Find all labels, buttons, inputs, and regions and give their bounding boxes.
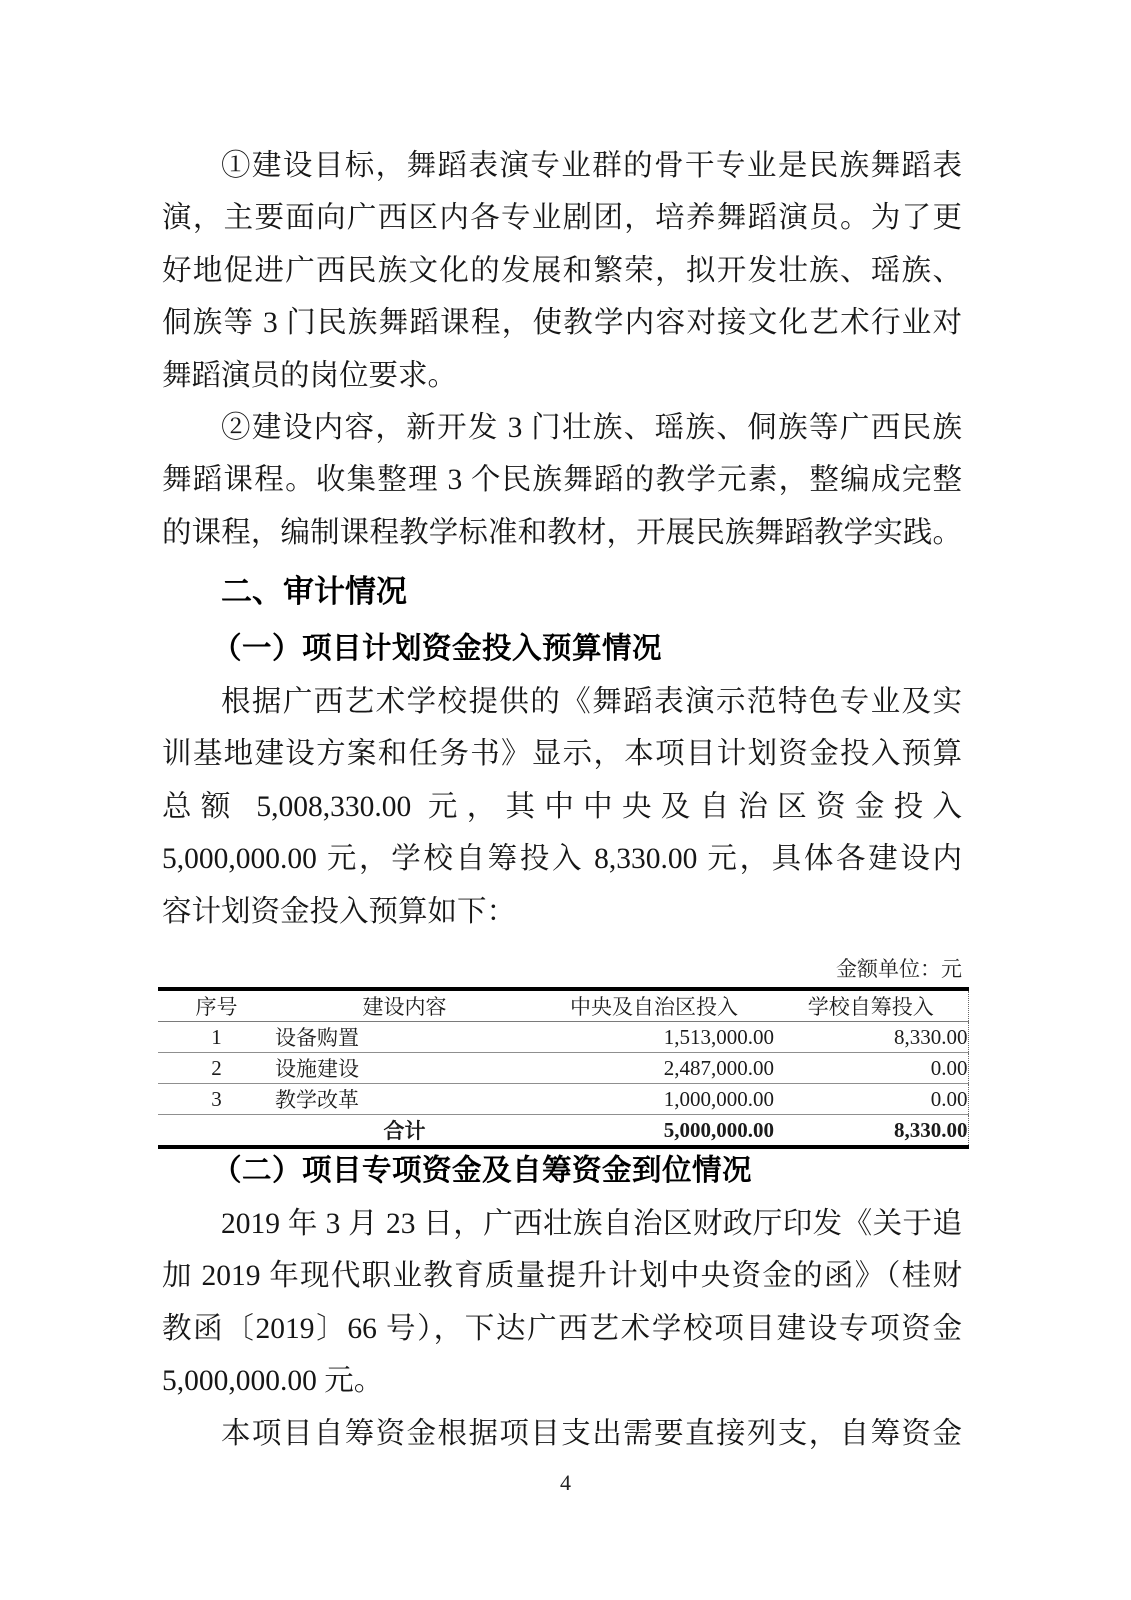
table-row: 2设施建设2,487,000.000.00: [158, 1053, 968, 1084]
table-cell-content: 教学改革: [275, 1084, 534, 1115]
table-cell-self-fund: 8,330.00: [774, 1022, 968, 1053]
table-row: 3教学改革1,000,000.000.00: [158, 1084, 968, 1115]
page-number: 4: [0, 1470, 1131, 1496]
table-header-row: 序号建设内容中央及自治区投入学校自筹投入: [158, 989, 968, 1022]
text-line: 5,000,000.00 元。: [162, 1355, 962, 1407]
budget-table-header: 序号建设内容中央及自治区投入学校自筹投入: [158, 989, 968, 1022]
table-header-cell: 中央及自治区投入: [534, 989, 774, 1022]
text-line: 加 2019 年现代职业教育质量提升计划中央资金的函》（桂财: [162, 1250, 962, 1302]
table-total-row: 合计5,000,000.008,330.00: [158, 1115, 968, 1148]
section-heading-audit: 二、审计情况: [162, 566, 962, 618]
table-unit-note: 金额单位：元: [836, 953, 962, 985]
table-cell-central-fund: 1,000,000.00: [534, 1084, 774, 1115]
table-header-cell: 序号: [158, 989, 275, 1022]
budget-table: 序号建设内容中央及自治区投入学校自筹投入 1设备购置1,513,000.008,…: [158, 987, 969, 1149]
table-row: 1设备购置1,513,000.008,330.00: [158, 1022, 968, 1053]
text-line: 根据广西艺术学校提供的《舞蹈表演示范特色专业及实: [162, 676, 962, 728]
text-line: 本项目自筹资金根据项目支出需要直接列支，自筹资金: [162, 1408, 962, 1460]
subsection-heading-budget: （一）项目计划资金投入预算情况: [162, 623, 962, 675]
subsection-heading-funds-arrival: （二）项目专项资金及自筹资金到位情况: [162, 1145, 962, 1197]
document-page: ①建设目标，舞蹈表演专业群的骨干专业是民族舞蹈表演，主要面向广西区内各专业剧团，…: [0, 0, 1131, 1600]
table-cell-content: 设施建设: [275, 1053, 534, 1084]
text-line: 舞蹈演员的岗位要求。: [162, 350, 962, 402]
table-cell-index: [158, 1115, 275, 1148]
table-cell-central-fund: 5,000,000.00: [534, 1115, 774, 1148]
text-line: 演，主要面向广西区内各专业剧团，培养舞蹈演员。为了更: [162, 192, 962, 244]
text-line: 5,000,000.00 元，学校自筹投入 8,330.00 元，具体各建设内: [162, 833, 962, 885]
table-cell-self-fund: 0.00: [774, 1084, 968, 1115]
text-line: 好地促进广西民族文化的发展和繁荣，拟开发壮族、瑶族、: [162, 245, 962, 297]
text-line: 侗族等 3 门民族舞蹈课程，使教学内容对接文化艺术行业对: [162, 297, 962, 349]
text-line: 容计划资金投入预算如下：: [162, 886, 962, 938]
paragraph-construction-content: ②建设内容，新开发 3 门壮族、瑶族、侗族等广西民族舞蹈课程。收集整理 3 个民…: [162, 402, 962, 559]
paragraph-construction-goal: ①建设目标，舞蹈表演专业群的骨干专业是民族舞蹈表演，主要面向广西区内各专业剧团，…: [162, 140, 962, 402]
text-line: ②建设内容，新开发 3 门壮族、瑶族、侗族等广西民族: [162, 402, 962, 454]
budget-table-body: 1设备购置1,513,000.008,330.002设施建设2,487,000.…: [158, 1022, 968, 1148]
table-cell-content: 设备购置: [275, 1022, 534, 1053]
paragraph-self-funds: 本项目自筹资金根据项目支出需要直接列支，自筹资金: [162, 1408, 962, 1460]
table-cell-index: 2: [158, 1053, 275, 1084]
table-cell-index: 3: [158, 1084, 275, 1115]
text-line: 训基地建设方案和任务书》显示，本项目计划资金投入预算: [162, 728, 962, 780]
paragraph-budget-detail: 根据广西艺术学校提供的《舞蹈表演示范特色专业及实训基地建设方案和任务书》显示，本…: [162, 676, 962, 938]
text-line: 总额 5,008,330.00 元，其中中央及自治区资金投入: [162, 781, 962, 833]
table-cell-central-fund: 1,513,000.00: [534, 1022, 774, 1053]
text-line: 的课程，编制课程教学标准和教材，开展民族舞蹈教学实践。: [162, 507, 962, 559]
text-line: 舞蹈课程。收集整理 3 个民族舞蹈的教学元素，整编成完整: [162, 454, 962, 506]
table-header-cell: 学校自筹投入: [774, 989, 968, 1022]
text-line: 2019 年 3 月 23 日，广西壮族自治区财政厅印发《关于追: [162, 1198, 962, 1250]
table-header-cell: 建设内容: [275, 989, 534, 1022]
table-cell-self-fund: 0.00: [774, 1053, 968, 1084]
text-line: ①建设目标，舞蹈表演专业群的骨干专业是民族舞蹈表: [162, 140, 962, 192]
table-cell-content: 合计: [275, 1115, 534, 1148]
table-cell-self-fund: 8,330.00: [774, 1115, 968, 1148]
text-line: 教函〔2019〕66 号），下达广西艺术学校项目建设专项资金: [162, 1303, 962, 1355]
paragraph-funds-issued: 2019 年 3 月 23 日，广西壮族自治区财政厅印发《关于追加 2019 年…: [162, 1198, 962, 1408]
table-cell-index: 1: [158, 1022, 275, 1053]
table-cell-central-fund: 2,487,000.00: [534, 1053, 774, 1084]
